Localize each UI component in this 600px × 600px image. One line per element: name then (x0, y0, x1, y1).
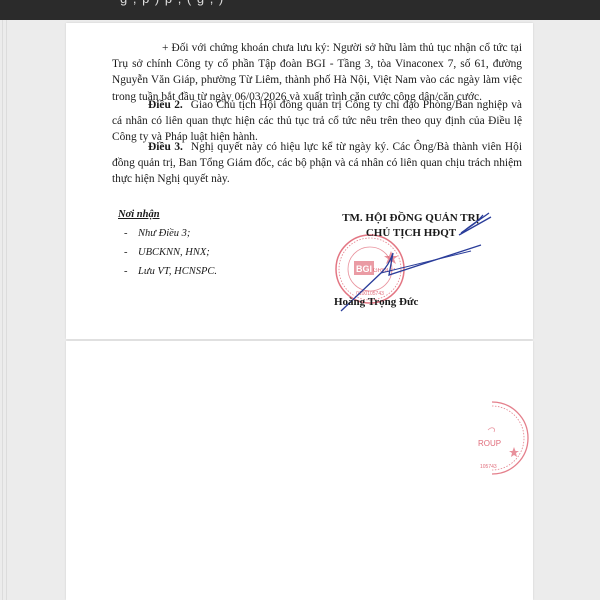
cut-off-title-text: g , p ) p , ( g , ) (120, 0, 224, 6)
paragraph-unregistered-securities: + Đối với chứng khoán chưa lưu ký: Người… (112, 40, 522, 105)
left-scroll-rail[interactable] (2, 20, 7, 600)
article-2-label: Điều 2. (148, 99, 183, 111)
stamp-fragment-icon: ROUP 105743 (478, 398, 538, 478)
right-margin (533, 20, 600, 600)
viewer-top-bar: g , p ) p , ( g , ) (0, 0, 600, 20)
signer-name: Hoàng Trọng Đức (334, 296, 418, 308)
article-3-label: Điều 3. (148, 141, 183, 153)
document-page-2: ROUP 105743 (66, 341, 533, 600)
svg-text:ROUP: ROUP (478, 439, 501, 448)
recipient-item: -UBCKNN, HNX; (118, 243, 217, 262)
svg-text:105743: 105743 (480, 464, 497, 470)
recipients-title: Nơi nhận (118, 209, 217, 220)
recipient-item: -Lưu VT, HCNSPC. (118, 262, 217, 281)
document-page-1: + Đối với chứng khoán chưa lưu ký: Người… (66, 23, 533, 339)
article-3: Điều 3.Nghị quyết này có hiệu lực kể từ … (112, 139, 522, 188)
recipient-item: -Như Điều 3; (118, 224, 217, 243)
recipients-block: Nơi nhận -Như Điều 3; -UBCKNN, HNX; -Lưu… (118, 209, 217, 281)
